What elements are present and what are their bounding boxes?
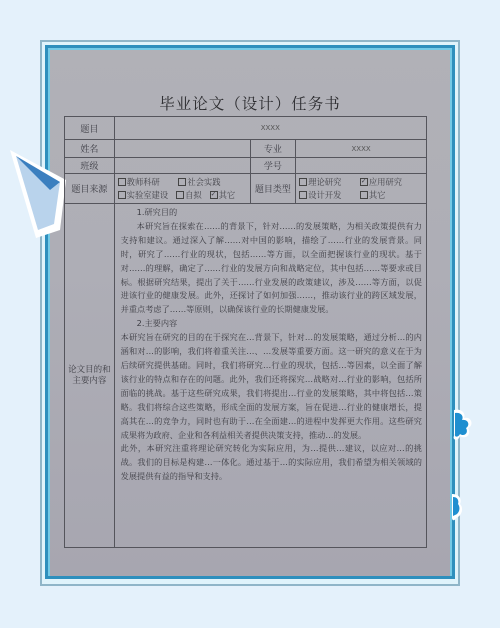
label-student-id: 学号 [250, 158, 296, 174]
value-student-id [296, 158, 427, 174]
label-class: 班级 [65, 158, 115, 174]
value-major: XXXX [296, 140, 427, 158]
section-text-content-extra: 此外，本研究注重将理论研究转化为实际应用，为…提供…建议，以应对…的挑战。我们的… [121, 442, 422, 484]
checkbox-theory-research[interactable]: 理论研究 [299, 177, 341, 187]
label-topic: 题目 [65, 117, 115, 140]
topic-source-options: 教师科研 社会实践 实验室建设 自拟 其它 [114, 174, 250, 204]
row-name-major: 姓名 专业 XXXX [65, 140, 427, 158]
checkbox-icon [178, 178, 186, 186]
cloud-icon [452, 408, 476, 448]
value-topic: XXXX [114, 117, 426, 140]
cloud-icon [452, 492, 466, 526]
value-name [114, 140, 250, 158]
row-source-type: 题目来源 教师科研 社会实践 实验室建设 自拟 其它 题目类型 理论研究 应用研… [65, 174, 427, 204]
checkbox-source-other[interactable]: 其它 [210, 190, 236, 200]
checkbox-self-proposed[interactable]: 自拟 [176, 190, 202, 200]
label-name: 姓名 [65, 140, 115, 158]
checkbox-icon [176, 191, 184, 199]
checkbox-checked-icon [360, 178, 368, 186]
content-body: 1.研究目的 本研究旨在探索在……的背景下，针对……的发展策略，为相关政策提供有… [114, 204, 426, 548]
checkbox-icon [360, 191, 368, 199]
checkbox-icon [299, 191, 307, 199]
checkbox-icon [118, 178, 126, 186]
checkbox-lab-construction[interactable]: 实验室建设 [118, 190, 169, 200]
checkbox-type-other[interactable]: 其它 [360, 190, 386, 200]
row-content: 论文目的和主要内容 1.研究目的 本研究旨在探索在……的背景下，针对……的发展策… [65, 204, 427, 548]
label-topic-type: 题目类型 [250, 174, 296, 204]
row-topic: 题目 XXXX [65, 117, 427, 140]
section-heading-content: 2.主要内容 [121, 317, 422, 331]
topic-type-options: 理论研究 应用研究 设计开发 其它 [296, 174, 427, 204]
section-text-purpose: 本研究旨在探索在……的背景下，针对……的发展策略，为相关政策提供有力支持和建议。… [121, 220, 422, 317]
checkbox-teacher-research[interactable]: 教师科研 [118, 177, 160, 187]
checkbox-applied-research[interactable]: 应用研究 [360, 177, 402, 187]
label-topic-source: 题目来源 [65, 174, 115, 204]
value-class [114, 158, 250, 174]
section-text-content: 本研究旨在研究的目的在于探究在…背景下，针对…的发展策略，通过分析…的内涵和对…… [121, 331, 422, 442]
label-major: 专业 [250, 140, 296, 158]
label-content: 论文目的和主要内容 [65, 204, 115, 548]
task-form-table: 题目 XXXX 姓名 专业 XXXX 班级 学号 题目来源 教师科研 社会实践 … [64, 116, 427, 548]
document-title: 毕业论文（设计）任务书 [0, 92, 500, 114]
section-heading-purpose: 1.研究目的 [121, 206, 422, 220]
checkbox-design-dev[interactable]: 设计开发 [299, 190, 341, 200]
row-class-id: 班级 学号 [65, 158, 427, 174]
checkbox-icon [118, 191, 126, 199]
checkbox-icon [299, 178, 307, 186]
checkbox-checked-icon [210, 191, 218, 199]
checkbox-social-practice[interactable]: 社会实践 [178, 177, 220, 187]
